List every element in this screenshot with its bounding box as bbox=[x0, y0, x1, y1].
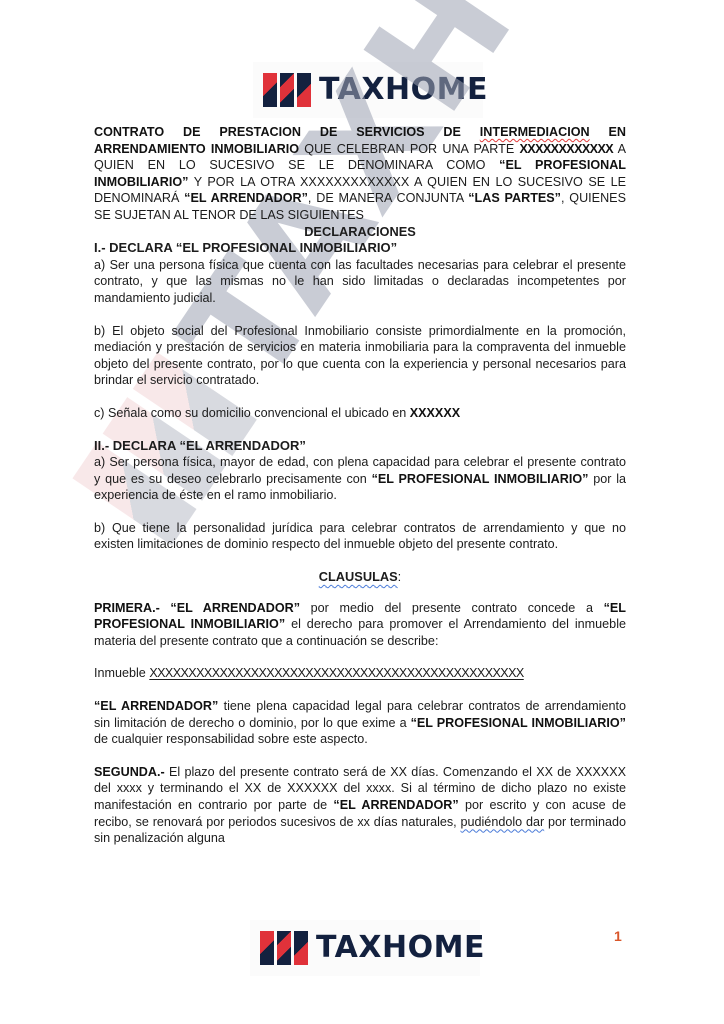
title-text: , DE MANERA CONJUNTA bbox=[308, 191, 468, 205]
party-name: “EL PROFESIONAL INMOBILIARIO” bbox=[411, 716, 626, 730]
taxhome-logo-mark-icon bbox=[260, 931, 308, 965]
inmueble-label: Inmueble bbox=[94, 666, 149, 680]
section-2-item-a: a) Ser persona física, mayor de edad, co… bbox=[94, 454, 626, 504]
logo-wordmark: TAXHOME bbox=[316, 933, 485, 963]
inmueble-line: Inmueble XXXXXXXXXXXXXXXXXXXXXXXXXXXXXXX… bbox=[94, 665, 626, 682]
title-party-name: “LAS PARTES” bbox=[468, 191, 561, 205]
clause-primera: PRIMERA.- “EL ARRENDADOR” por medio del … bbox=[94, 600, 626, 650]
grammar-flagged-text: pudiéndolo dar bbox=[461, 815, 545, 829]
logo-wordmark: TAXHOME bbox=[319, 75, 488, 105]
clausulas-colon: : bbox=[398, 569, 402, 584]
party-placeholder: XXXXXXXXXXXX bbox=[519, 142, 613, 156]
contract-title-paragraph: CONTRATO DE PRESTACION DE SERVICIOS DE I… bbox=[94, 124, 626, 224]
party-name: “EL PROFESIONAL INMOBILIARIO” bbox=[372, 472, 589, 486]
document-page: TAXHOME TAXHOME CONTRATO DE PRESTACION D… bbox=[0, 0, 724, 1024]
title-party-name: “EL ARRENDADOR” bbox=[184, 191, 308, 205]
title-text: QUE CELEBRAN POR UNA PARTE bbox=[299, 142, 519, 156]
clause-segunda: SEGUNDA.- El plazo del presente contrato… bbox=[94, 764, 626, 847]
section-1-item-b: b) El objeto social del Profesional Inmo… bbox=[94, 323, 626, 389]
clausulas-heading: CLAUSULAS: bbox=[94, 569, 626, 586]
arrendador-paragraph: “EL ARRENDADOR” tiene plena capacidad le… bbox=[94, 698, 626, 748]
section-1-item-a: a) Ser una persona física que cuenta con… bbox=[94, 257, 626, 307]
section-2-heading: II.- DECLARA “EL ARRENDADOR” bbox=[94, 438, 626, 455]
declaraciones-heading: DECLARACIONES bbox=[94, 224, 626, 241]
party-name: “EL ARRENDADOR” bbox=[333, 798, 458, 812]
clause-label: SEGUNDA.- bbox=[94, 765, 165, 779]
section-1-heading: I.- DECLARA “EL PROFESIONAL INMOBILIARIO… bbox=[94, 240, 626, 257]
clause-text: por medio del presente contrato concede … bbox=[300, 601, 604, 615]
party-name: “EL ARRENDADOR” bbox=[94, 699, 218, 713]
item-text: c) Señala como su domicilio convencional… bbox=[94, 406, 410, 420]
header-logo: TAXHOME bbox=[253, 62, 483, 118]
taxhome-logo-mark-icon bbox=[263, 73, 311, 107]
section-1-item-c: c) Señala como su domicilio convencional… bbox=[94, 405, 626, 422]
clausulas-heading-text: CLAUSULAS bbox=[319, 569, 398, 584]
section-2-item-b: b) Que tiene la personalidad jurídica pa… bbox=[94, 520, 626, 553]
title-text: CONTRATO DE PRESTACION DE SERVICIOS DE bbox=[94, 125, 480, 139]
page-number: 1 bbox=[614, 928, 622, 944]
inmueble-placeholder: XXXXXXXXXXXXXXXXXXXXXXXXXXXXXXXXXXXXXXXX… bbox=[149, 666, 523, 680]
address-placeholder: XXXXXX bbox=[410, 406, 460, 420]
party-name: “EL ARRENDADOR” bbox=[160, 601, 300, 615]
clause-label: PRIMERA.- bbox=[94, 601, 160, 615]
document-body: CONTRATO DE PRESTACION DE SERVICIOS DE I… bbox=[94, 124, 626, 863]
title-spellcheck-word: INTERMEDIACION bbox=[480, 125, 590, 139]
footer-logo: TAXHOME bbox=[250, 920, 480, 976]
clause-text: de cualquier responsabilidad sobre este … bbox=[94, 732, 368, 746]
